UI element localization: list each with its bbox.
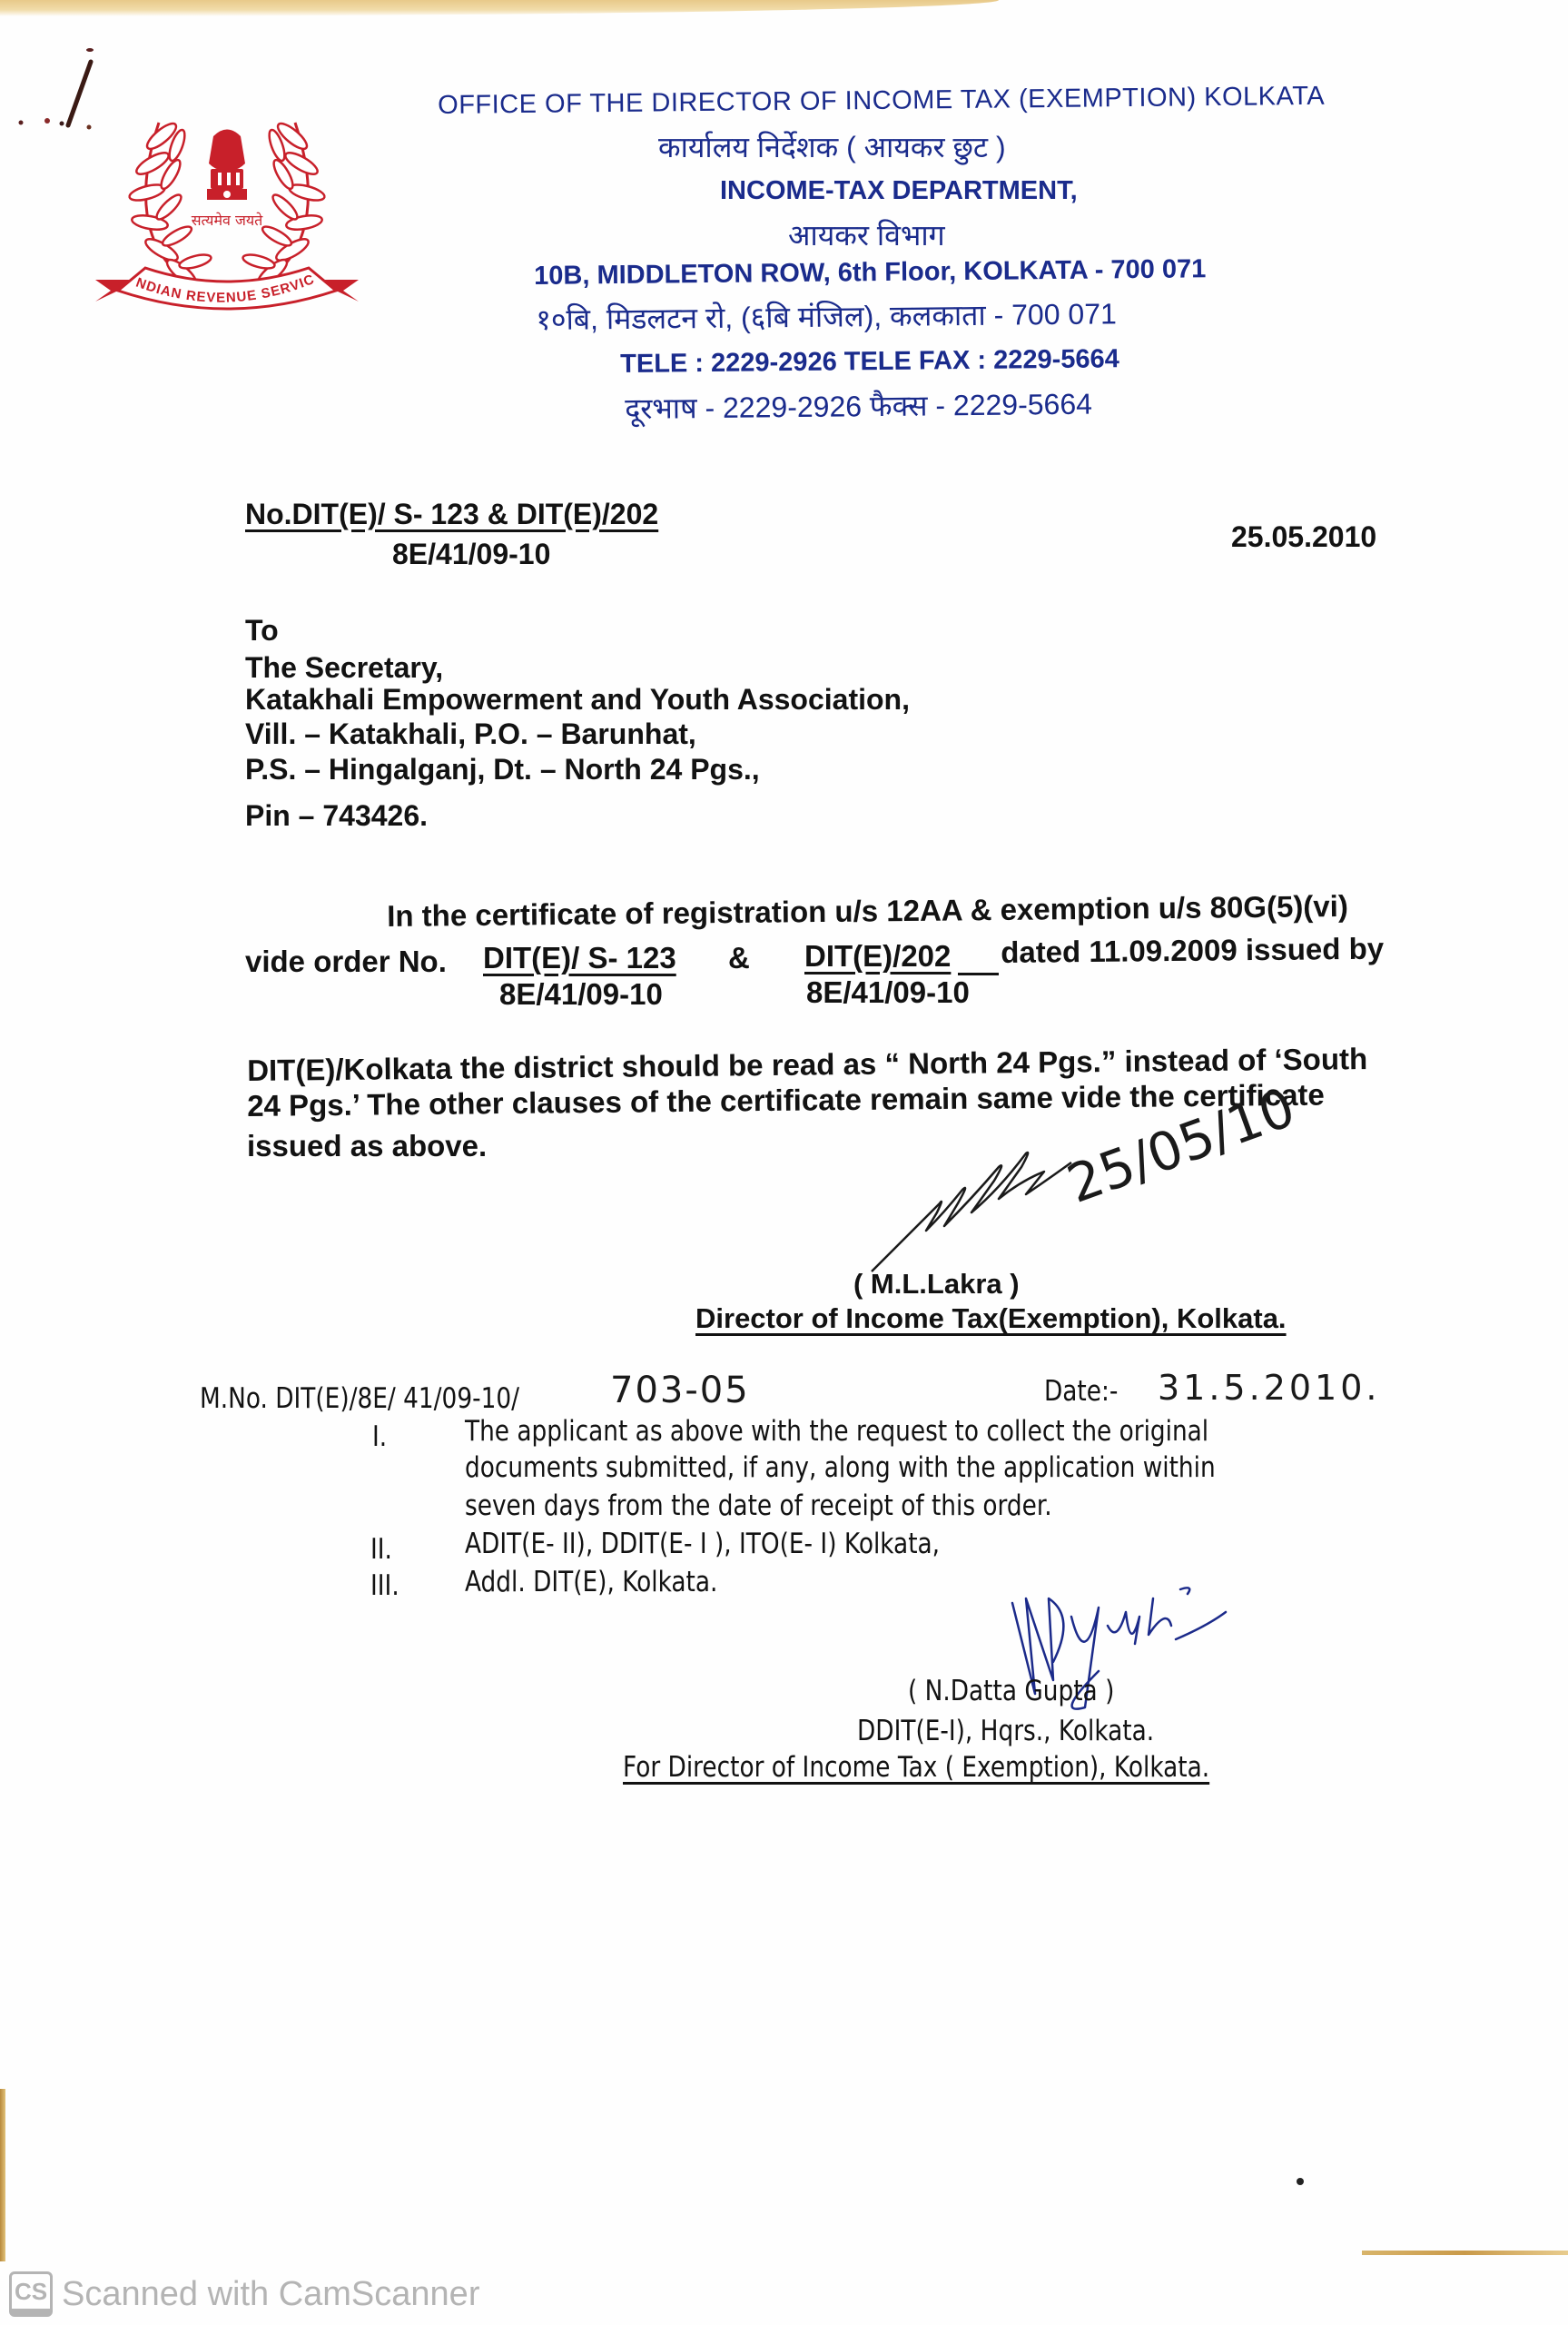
signatory-name-lakra: ( M.L.Lakra ) bbox=[853, 1268, 1020, 1301]
signatory-for-line: For Director of Income Tax ( Exemption),… bbox=[623, 1751, 1209, 1784]
camscanner-logo-icon: CS bbox=[9, 2271, 53, 2317]
reference-number: No.DIT(E)/ S- 123 & DIT(E)/202 bbox=[245, 498, 658, 531]
letterhead-phone-hi: दूरभाष - 2229-2926 फैक्स - 2229-5664 bbox=[625, 384, 1092, 428]
order1-number: DIT(E)/ S- 123 bbox=[483, 941, 676, 975]
paper-edge-top bbox=[0, 0, 999, 16]
camscanner-watermark: CS Scanned with CamScanner bbox=[9, 2271, 479, 2318]
camscanner-text: Scanned with CamScanner bbox=[62, 2275, 479, 2314]
memo-date-label: Date:- bbox=[1044, 1375, 1118, 1408]
letterhead-office-hi: कार्यालय निर्देशक ( आयकर छुट ) bbox=[658, 127, 1006, 166]
recipient-to: To bbox=[245, 614, 279, 648]
letterhead-phone-en: TELE : 2229-2926 TELE FAX : 2229-5664 bbox=[620, 344, 1119, 380]
letterhead-department-hi: आयकर विभाग bbox=[788, 215, 945, 254]
reference-number-sub: 8E/41/09-10 bbox=[392, 538, 550, 571]
copy-1-line-2: documents submitted, if any, along with … bbox=[465, 1451, 1216, 1484]
emblem-motto: सत्यमेव जयते bbox=[192, 212, 263, 229]
copy-2-line-1: ADIT(E- II), DDIT(E- I ), ITO(E- I) Kolk… bbox=[465, 1528, 940, 1560]
recipient-pin: Pin – 743426. bbox=[245, 799, 428, 833]
copy-1-line-1: The applicant as above with the request … bbox=[465, 1415, 1208, 1448]
memo-number: M.No. DIT(E)/8E/ 41/09-10/ bbox=[200, 1382, 519, 1415]
paper-edge-bottom bbox=[1362, 2251, 1568, 2255]
copy-1-line-3: seven days from the date of receipt of t… bbox=[465, 1489, 1052, 1522]
copy-1-num: I. bbox=[372, 1420, 387, 1453]
copy-2-num: II. bbox=[370, 1533, 392, 1566]
copy-3-line-1: Addl. DIT(E), Kolkata. bbox=[465, 1566, 717, 1598]
body-para1-dated: dated 11.09.2009 issued by bbox=[1001, 932, 1384, 970]
letterhead-address-hi: १०बि, मिडलटन रो, (६बि मंजिल), कलकाता - 7… bbox=[536, 293, 1117, 339]
letterhead-department-en: INCOME-TAX DEPARTMENT, bbox=[720, 176, 1078, 206]
letterhead-office-en: OFFICE OF THE DIRECTOR OF INCOME TAX (EX… bbox=[438, 82, 1325, 121]
recipient-title: The Secretary, bbox=[245, 651, 443, 685]
signatory-title-lakra: Director of Income Tax(Exemption), Kolka… bbox=[695, 1302, 1287, 1335]
paper-edge-left bbox=[0, 2089, 5, 2261]
memo-date-handwritten: 31.5.2010. bbox=[1158, 1368, 1380, 1408]
recipient-org: Katakhali Empowerment and Youth Associat… bbox=[245, 683, 910, 717]
body-para1-line1: In the certificate of registration u/s 1… bbox=[387, 889, 1348, 934]
signatory-designation: DDIT(E-I), Hqrs., Kolkata. bbox=[857, 1715, 1154, 1747]
order2-number: DIT(E)/202 bbox=[804, 939, 951, 974]
recipient-address-2: P.S. – Hingalganj, Dt. – North 24 Pgs., bbox=[245, 753, 760, 787]
copy-3-num: III. bbox=[370, 1569, 399, 1602]
order-amp: & bbox=[728, 941, 750, 975]
recipient-address-1: Vill. – Katakhali, P.O. – Barunhat, bbox=[245, 717, 696, 751]
order2-sub: 8E/41/09-10 bbox=[806, 975, 970, 1010]
indian-revenue-service-emblem: सत्यमेव जयते INDIAN REVENUE SERVICE bbox=[91, 109, 363, 336]
letter-date: 25.05.2010 bbox=[1231, 520, 1376, 554]
body-para1-vide: vide order No. bbox=[245, 945, 447, 979]
ink-speck bbox=[1297, 2178, 1304, 2185]
body-para2-line3: issued as above. bbox=[247, 1129, 487, 1163]
order1-sub: 8E/41/09-10 bbox=[499, 977, 663, 1012]
signatory-name-datta-gupta: ( N.Datta Gupta ) bbox=[908, 1675, 1114, 1707]
memo-number-handwritten: 703-05 bbox=[610, 1370, 750, 1411]
letterhead-address-en: 10B, MIDDLETON ROW, 6th Floor, KOLKATA -… bbox=[534, 254, 1206, 292]
